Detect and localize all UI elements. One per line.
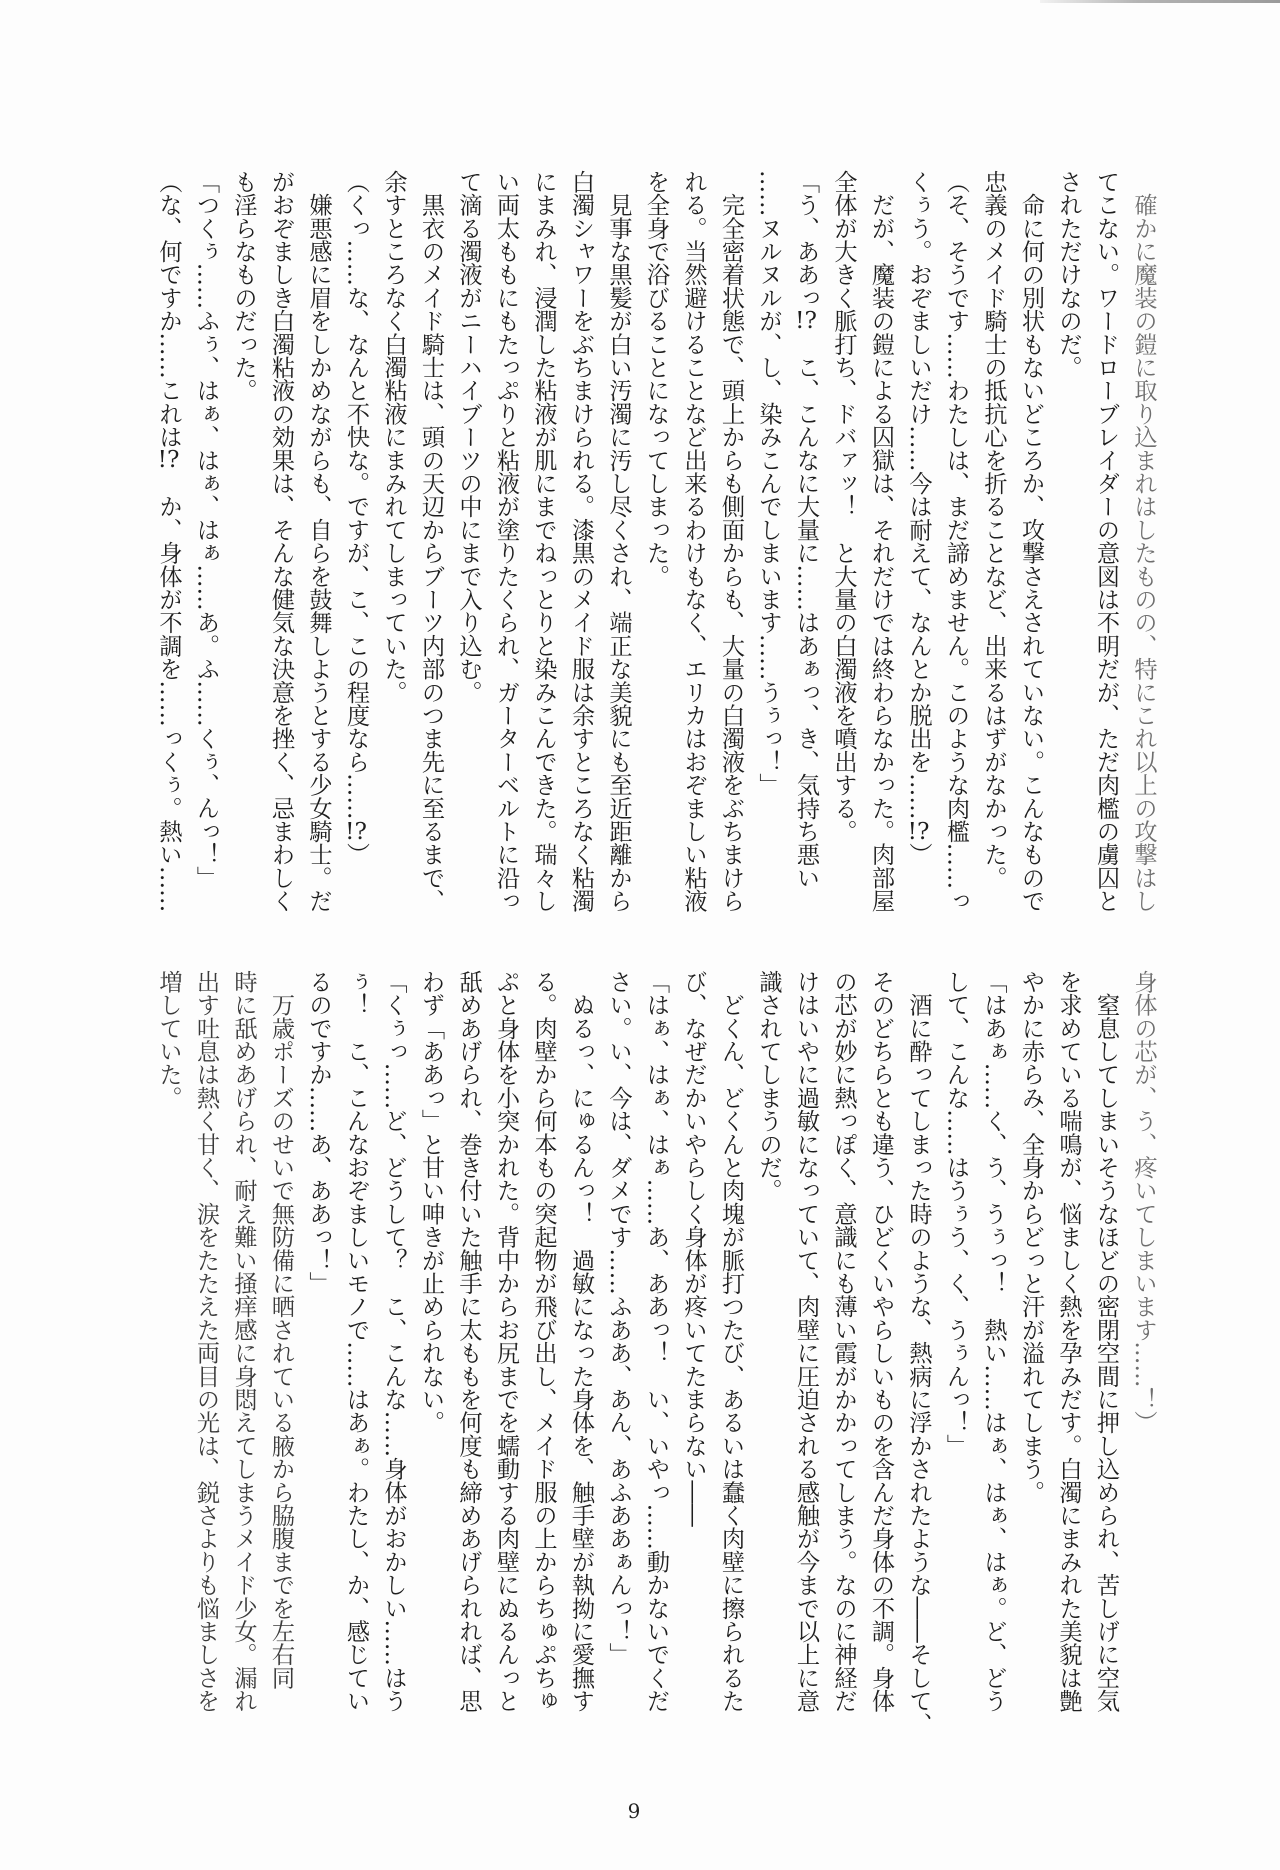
text-column: 「くぅっ……ど、どうして？ こ、こんな……身体がおかしい……はう — [375, 970, 413, 1715]
text-column: 完全密着状態で、頭上からも側面からも、大量の白濁液をぶちまけら — [712, 170, 750, 915]
text-column: くぅう。おぞましいだけ……今は耐えて、なんとか脱出を……!?） — [900, 170, 938, 915]
tate-chu-yoko-mark: !? — [343, 820, 370, 843]
text-column: る。肉壁から何本もの突起物が飛び出し、メイド服の上からちゅぷちゅ — [525, 970, 563, 1715]
text-column: び、なぜだかいやらしく身体が疼いてたまらない―― — [675, 970, 713, 1715]
text-column: るのですか……あ、ああっ！」 — [300, 970, 338, 1715]
text-column: 「はぁ、はぁ、はぁ……あ、ああっ！ い、いやっ……動かないでくだ — [637, 970, 675, 1715]
text-column: 酒に酔ってしまった時のような、熱病に浮かされたような――そして、 — [900, 970, 938, 1715]
text-column: 識されてしまうのだ。 — [750, 970, 788, 1715]
text-column: にまみれ、浸潤した粘液が肌にまでねっとりと染みこんできた。瑞々し — [525, 170, 563, 915]
text-column: 「はあぁ……く、う、うぅっ！ 熱い……はぁ、はぁ、はぁ。ど、どう — [975, 970, 1013, 1715]
text-column: 全体が大きく脈打ち、ドバァッ！ と大量の白濁液を噴出する。 — [825, 170, 863, 915]
text-column: （くっ……な、なんと不快な。ですが、こ、この程度なら……!?） — [337, 170, 375, 915]
text-column: て滴る濁液がニーハイブーツの中にまで入り込む。 — [450, 170, 488, 915]
text-column: 確かに魔装の鎧に取り込まれはしたものの、特にこれ以上の攻撃はし — [1125, 170, 1163, 915]
text-column: 出す吐息は熱く甘く、涙をたたえた両目の光は、鋭さよりも悩ましさを — [187, 970, 225, 1715]
text-column: 増していた。 — [150, 970, 188, 1715]
tate-chu-yoko-mark: !? — [155, 448, 182, 471]
text-column: ぷと身体を小突かれた。背中からお尻までを蠕動する肉壁にぬるんっと — [487, 970, 525, 1715]
upper-text-block: 確かに魔装の鎧に取り込まれはしたものの、特にこれ以上の攻撃はし てこない。ワード… — [149, 170, 1162, 915]
tate-chu-yoko-mark: !? — [793, 309, 820, 332]
text-column: がおぞましき白濁粘液の効果は、そんな健気な決意を挫く、忌まわしく — [262, 170, 300, 915]
text-column: 「つくぅ……ふぅ、はぁ、はぁ、はぁ……あ。ふ……くぅ、んっ！」 — [187, 170, 225, 915]
text-column: やかに赤らみ、全身からどっと汗が溢れてしまう。 — [1012, 970, 1050, 1715]
text-column: して、こんな……はうぅう、く、うぅんっ！」 — [937, 970, 975, 1715]
text-column: 舐めあげられ、巻き付いた触手に太ももを何度も締めあげられれば、思 — [450, 970, 488, 1715]
text-column: 「う、ああっ!? こ、こんなに大量に……はあぁっ、き、気持ち悪い — [787, 170, 825, 915]
text-column: 白濁シャワーをぶちまけられる。漆黒のメイド服は余すところなく粘濁 — [562, 170, 600, 915]
text-column: 身体の芯が、う、疼いてしまいます……！） — [1125, 970, 1163, 1715]
text-column: （な、何ですか……これは!? か、身体が不調を……っくぅ。熱い…… — [150, 170, 188, 915]
tate-chu-yoko-mark: !? — [905, 820, 932, 843]
text-column: 万歳ポーズのせいで無防備に晒されている腋から脇腹までを左右同 — [262, 970, 300, 1715]
page-number: 9 — [624, 1799, 644, 1823]
text-column: も淫らなものだった。 — [225, 170, 263, 915]
text-column: 時に舐めあげられ、耐え難い掻痒感に身悶えてしまうメイド少女。漏れ — [225, 970, 263, 1715]
text-column: どくん、どくんと肉塊が脈打つたび、あるいは蠢く肉壁に擦られるた — [712, 970, 750, 1715]
text-column: だが、魔装の鎧による囚獄は、それだけでは終わらなかった。肉部屋 — [862, 170, 900, 915]
text-column: ぬるっ、にゅるんっ！ 過敏になった身体を、触手壁が執拗に愛撫す — [562, 970, 600, 1715]
text-column: 窒息してしまいそうなほどの密閉空間に押し込められ、苦しげに空気 — [1087, 970, 1125, 1715]
text-column: 見事な黒髪が白い汚濁に汚し尽くされ、端正な美貌にも至近距離から — [600, 170, 638, 915]
text-column: けはいやに過敏になっていて、肉壁に圧迫される感触が今まで以上に意 — [787, 970, 825, 1715]
text-column: わず「ああっ」と甘い呻きが止められない。 — [412, 970, 450, 1715]
text-column: てこない。ワードローブレイダーの意図は不明だが、ただ肉檻の虜囚と — [1087, 170, 1125, 915]
text-column: れる。当然避けることなど出来るわけもなく、エリカはおぞましい粘液 — [675, 170, 713, 915]
scan-edge-line — [1040, 0, 1280, 3]
text-column: そのどちらとも違う、ひどくいやらしいものを含んだ身体の不調。身体 — [862, 970, 900, 1715]
text-column: 嫌悪感に眉をしかめながらも、自らを鼓舞しようとする少女騎士。だ — [300, 170, 338, 915]
text-column: 余すところなく白濁粘液にまみれてしまっていた。 — [375, 170, 413, 915]
text-column: を全身で浴びることになってしまった。 — [637, 170, 675, 915]
text-column: さい。い、今は、ダメです……ふああ、あん、あふああぁんっ！」 — [600, 970, 638, 1715]
text-column: の芯が妙に熱っぽく、意識にも薄い霞がかかってしまう。なのに神経だ — [825, 970, 863, 1715]
text-column: （そ、そうです……わたしは、まだ諦めません。このような肉檻……っ — [937, 170, 975, 915]
text-column: 黒衣のメイド騎士は、頭の天辺からブーツ内部のつま先に至るまで、 — [412, 170, 450, 915]
lower-text-block: 身体の芯が、う、疼いてしまいます……！） 窒息してしまいそうなほどの密閉空間に押… — [149, 970, 1162, 1715]
text-column: ……ヌルヌルが、し、染みこんでしまいます……うぅっ！」 — [750, 170, 788, 915]
text-column: ぅ！ こ、こんなおぞましいモノで……はあぁ。わたし、か、感じてい — [337, 970, 375, 1715]
text-column: 忠義のメイド騎士の抵抗心を折ることなど、出来るはずがなかった。 — [975, 170, 1013, 915]
text-column: されただけなのだ。 — [1050, 170, 1088, 915]
text-column: い両太ももにもたっぷりと粘液が塗りたくられ、ガーターベルトに沿っ — [487, 170, 525, 915]
text-column: を求めている喘鳴が、悩ましく熱を孕みだす。白濁にまみれた美貌は艶 — [1050, 970, 1088, 1715]
text-column: 命に何の別状もないどころか、攻撃さえされていない。こんなもので — [1012, 170, 1050, 915]
